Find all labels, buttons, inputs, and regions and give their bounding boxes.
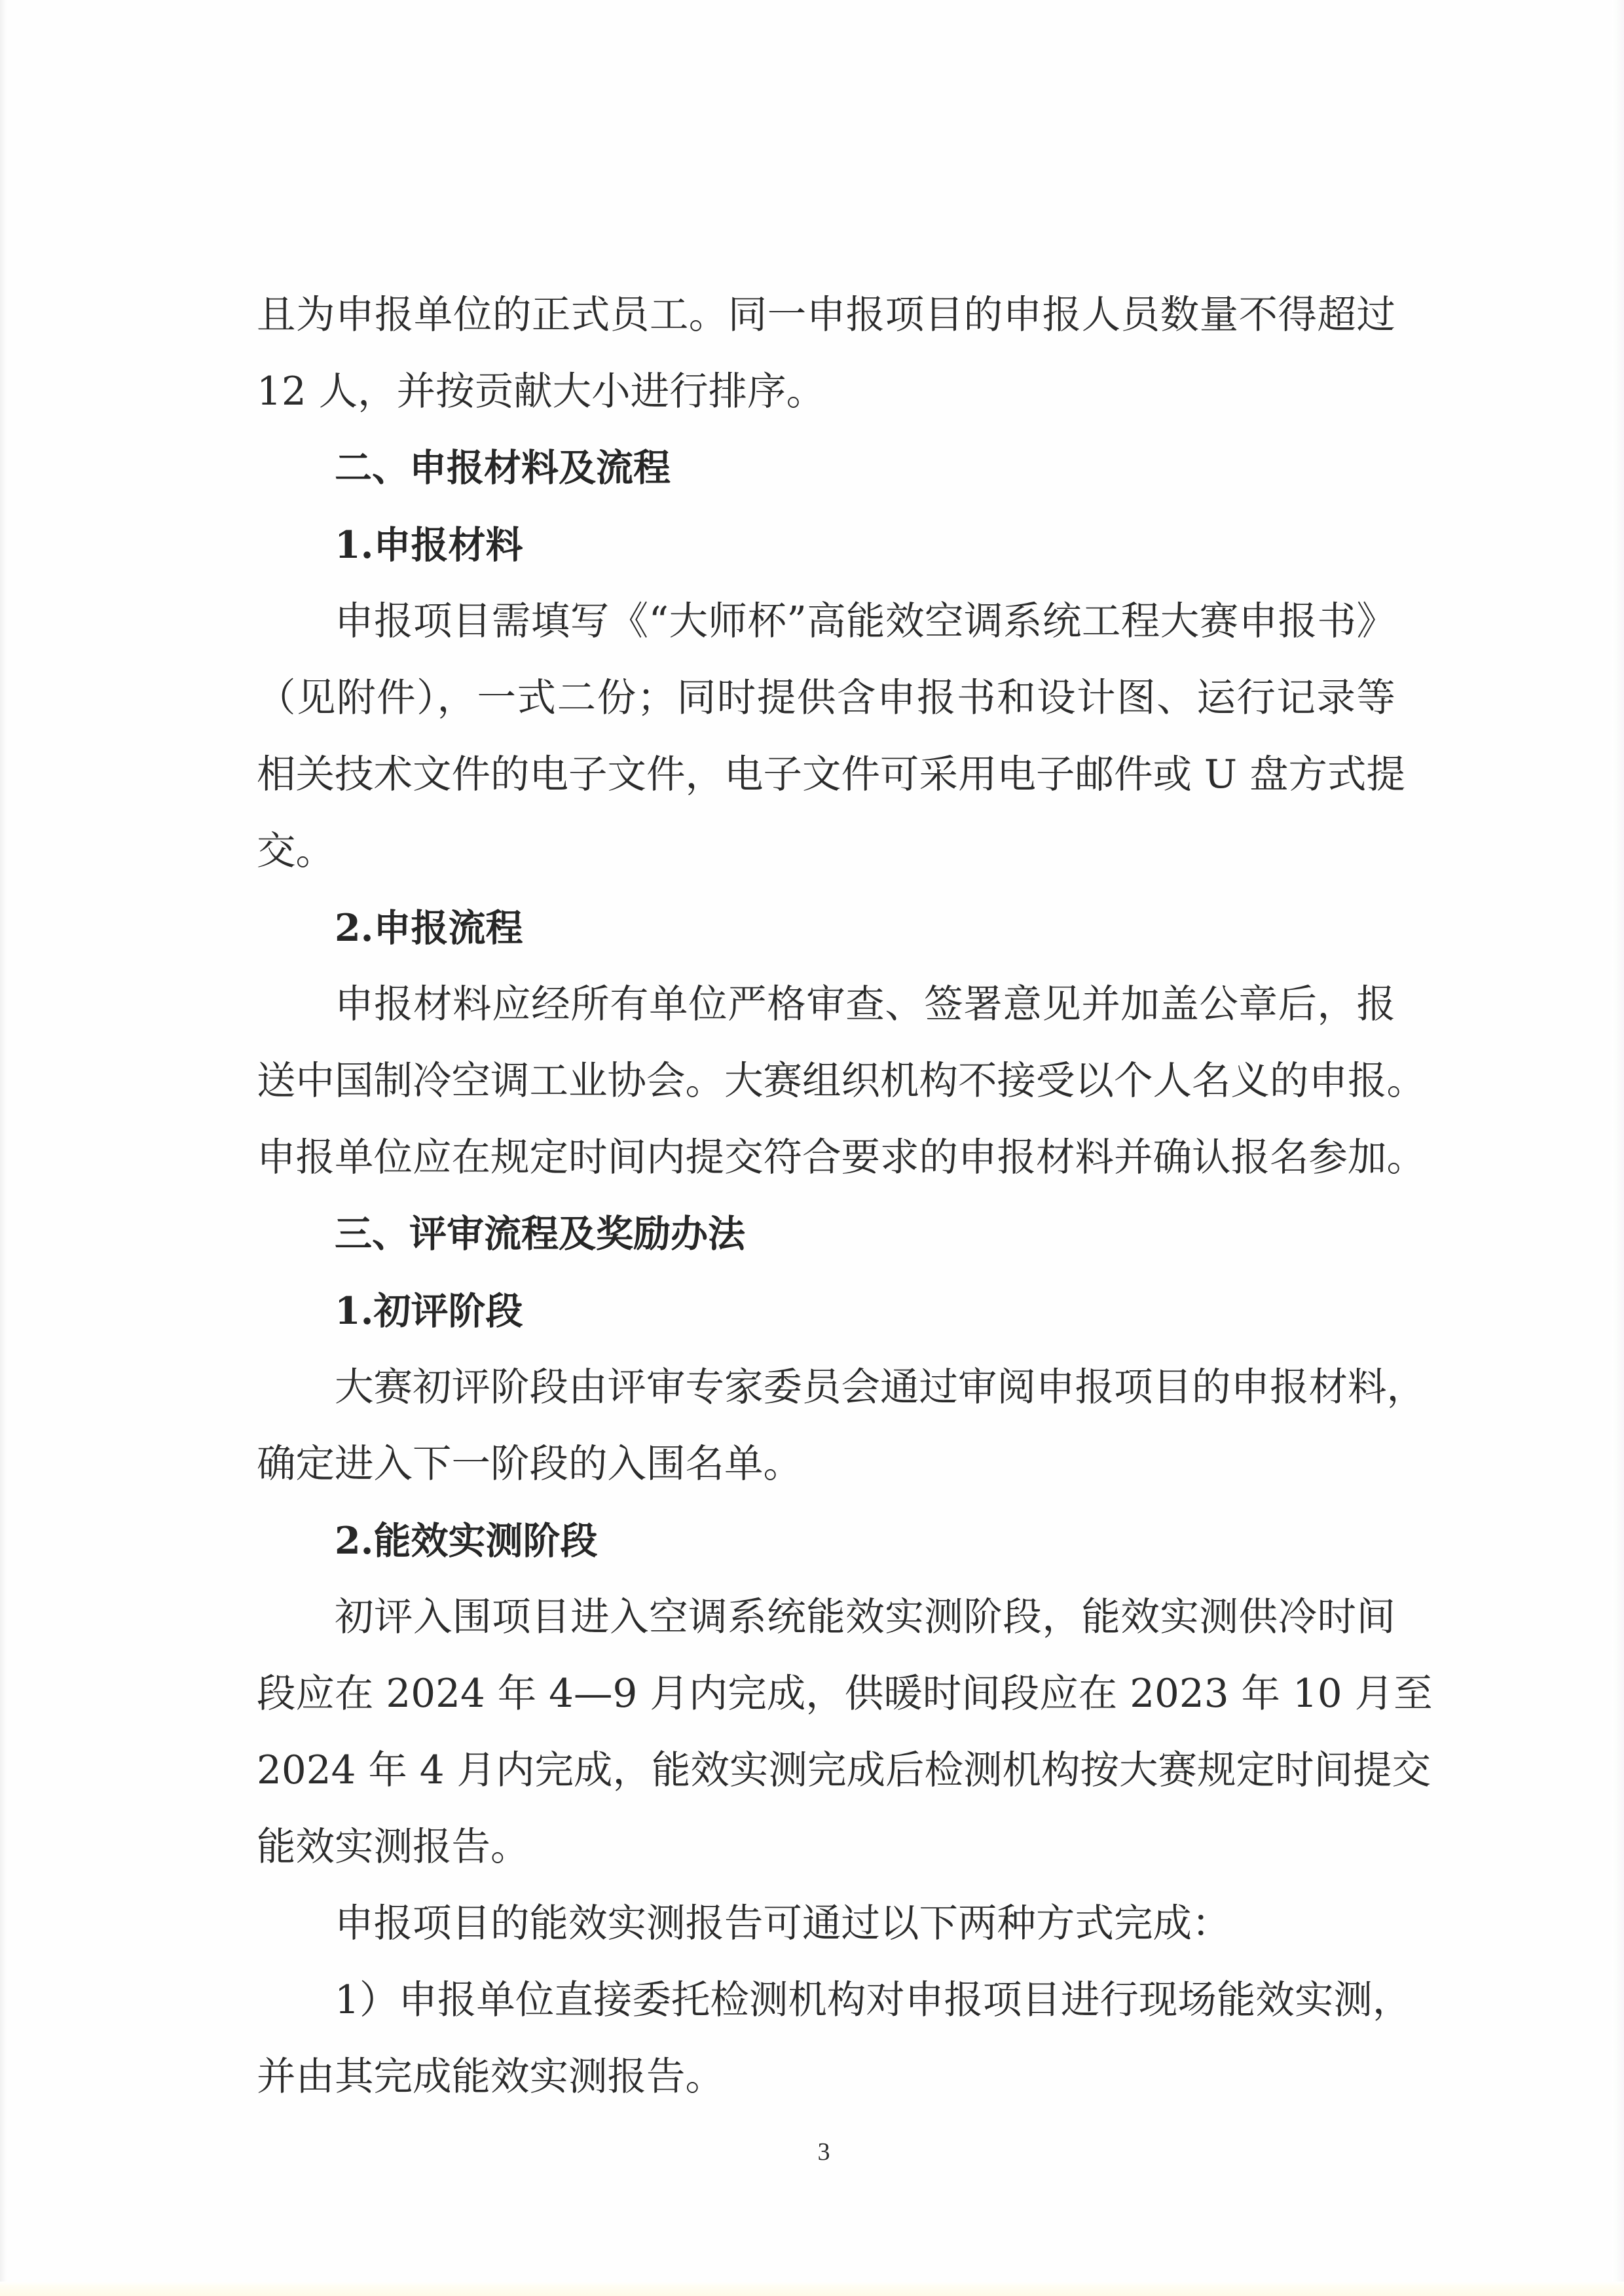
list-item-method-1-line-1: 1）申报单位直接委托检测机构对申报项目进行现场能效实测， (335, 1962, 1395, 2039)
paragraph-line-process-2: 送中国制冷空调工业协会。大赛组织机构不接受以个人名义的申报。 (257, 1043, 1395, 1120)
paragraph-line-measurement-4: 能效实测报告。 (257, 1809, 1395, 1886)
paragraph-line-measurement-2: 段应在 2024 年 4—9 月内完成，供暖时间段应在 2023 年 10 月至 (257, 1656, 1395, 1732)
subsection-heading-materials: 1.申报材料 (335, 507, 1395, 583)
scan-edge-right (1612, 0, 1624, 2296)
paragraph-line-materials-1: 申报项目需填写《“大师杯”高能效空调系统工程大赛申报书》 (335, 583, 1395, 660)
paragraph-line-preliminary-2: 确定进入下一阶段的入围名单。 (257, 1426, 1395, 1503)
subsection-heading-process: 2.申报流程 (335, 890, 1395, 966)
paragraph-line-report-methods: 申报项目的能效实测报告可通过以下两种方式完成： (335, 1886, 1395, 1962)
paragraph-line-preliminary-1: 大赛初评阶段由评审专家委员会通过审阅申报项目的申报材料， (335, 1349, 1395, 1426)
section-heading-2: 二、申报材料及流程 (335, 430, 1395, 507)
section-heading-3: 三、评审流程及奖励办法 (335, 1196, 1395, 1273)
paragraph-line-materials-4: 交。 (257, 813, 1395, 890)
document-page: 且为申报单位的正式员工。同一申报项目的申报人员数量不得超过 12 人，并按贡献大… (0, 0, 1624, 2296)
paragraph-line-materials-3: 相关技术文件的电子文件，电子文件可采用电子邮件或 U 盘方式提 (257, 737, 1395, 813)
scan-edge-bottom (0, 2282, 1624, 2296)
subsection-heading-preliminary: 1.初评阶段 (335, 1273, 1395, 1349)
paragraph-line-process-1: 申报材料应经所有单位严格审查、签署意见并加盖公章后，报 (335, 966, 1395, 1043)
paragraph-line-materials-2: （见附件），一式二份；同时提供含申报书和设计图、运行记录等 (257, 660, 1395, 737)
subsection-heading-measurement: 2.能效实测阶段 (335, 1503, 1395, 1579)
paragraph-line-process-3: 申报单位应在规定时间内提交符合要求的申报材料并确认报名参加。 (257, 1120, 1395, 1196)
paragraph-line-measurement-1: 初评入围项目进入空调系统能效实测阶段，能效实测供冷时间 (335, 1579, 1395, 1656)
list-item-method-1-line-2: 并由其完成能效实测报告。 (257, 2039, 1395, 2115)
paragraph-line-requirements-end: 且为申报单位的正式员工。同一申报项目的申报人员数量不得超过 (257, 277, 1395, 354)
paragraph-line-requirements-last: 12 人，并按贡献大小进行排序。 (257, 354, 1395, 430)
page-number: 3 (805, 2136, 842, 2168)
scan-edge-left (0, 0, 9, 2296)
paragraph-line-measurement-3: 2024 年 4 月内完成，能效实测完成后检测机构按大赛规定时间提交 (257, 1732, 1395, 1809)
